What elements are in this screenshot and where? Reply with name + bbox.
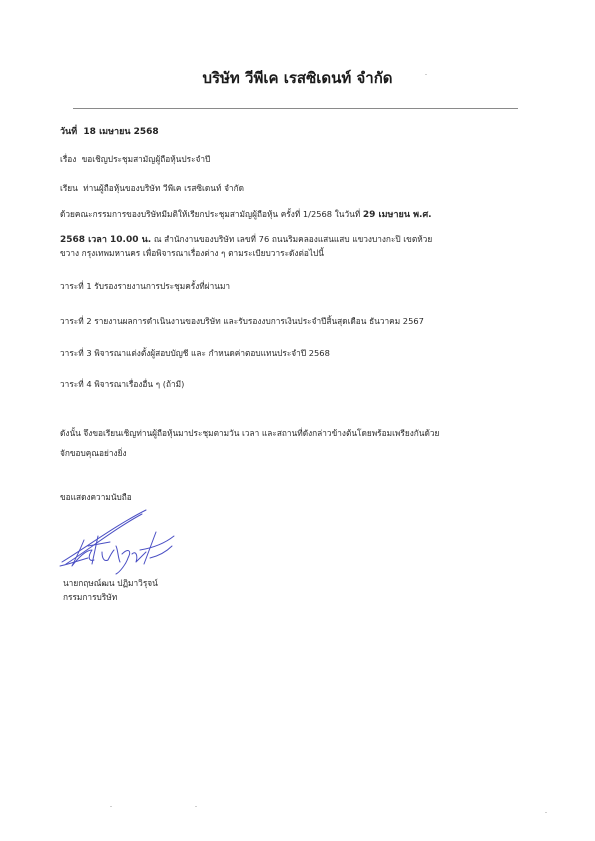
recipient-label: เรียน: [60, 183, 78, 193]
company-title: บริษัท วีพีเค เรสซิเดนท์ จำกัด: [0, 66, 595, 90]
closing-line-2: จักขอบคุณอย่างยิ่ง: [60, 446, 127, 460]
header-divider: [73, 108, 518, 109]
meeting-time-bold: 2568 เวลา 10.00 น.: [60, 235, 151, 245]
recipient-text: ท่านผู้ถือหุ้นของบริษัท วีพีเค เรสซิเดนท…: [83, 183, 244, 193]
agenda-item-1: วาระที่ 1 รับรองรายงานการประชุมครั้งที่ผ…: [60, 279, 230, 293]
intro-line-3: ขวาง กรุงเทพมหานคร เพื่อพิจารณาเรื่องต่า…: [60, 246, 324, 260]
agenda-item-3: วาระที่ 3 พิจารณาแต่งตั้งผู้สอบบัญชี และ…: [60, 346, 330, 360]
subject-line: เรื่อง ขอเชิญประชุมสามัญผู้ถือหุ้นประจำป…: [60, 152, 210, 166]
agenda-item-4: วาระที่ 4 พิจารณาเรื่องอื่น ๆ (ถ้ามี): [60, 377, 184, 391]
meeting-date-bold: 29 เมษายน พ.ศ.: [363, 210, 432, 220]
scan-speck: [425, 74, 427, 75]
scan-speck: [195, 806, 197, 807]
closing-line-1: ดังนั้น จึงขอเรียนเชิญท่านผู้ถือหุ้นมาปร…: [60, 426, 439, 440]
intro-line-1: ด้วยคณะกรรมการของบริษัทมีมติให้เรียกประช…: [60, 207, 432, 221]
date-label: วันที่: [60, 127, 77, 137]
intro-text-2: ณ สำนักงานของบริษัท เลขที่ 76 ถนนริมคลอง…: [151, 234, 432, 244]
signature-image: [58, 506, 188, 576]
intro-text-1: ด้วยคณะกรรมการของบริษัทมีมติให้เรียกประช…: [60, 209, 363, 219]
recipient-line: เรียน ท่านผู้ถือหุ้นของบริษัท วีพีเค เรส…: [60, 181, 244, 195]
signer-title: กรรมการบริษัท: [63, 590, 117, 604]
regards-text: ขอแสดงความนับถือ: [60, 490, 132, 504]
scan-speck: [545, 812, 547, 813]
date-value: 18 เมษายน 2568: [83, 127, 158, 137]
signer-name: นายกฤษณ์ฒน ปฏิมาวิรุจน์: [63, 576, 158, 590]
subject-label: เรื่อง: [60, 154, 76, 164]
intro-line-2: 2568 เวลา 10.00 น. ณ สำนักงานของบริษัท เ…: [60, 232, 432, 246]
subject-text: ขอเชิญประชุมสามัญผู้ถือหุ้นประจำปี: [82, 154, 211, 164]
scan-speck: [110, 806, 112, 807]
agenda-item-2: วาระที่ 2 รายงานผลการดำเนินงานของบริษัท …: [60, 314, 424, 328]
date-line: วันที่ 18 เมษายน 2568: [60, 124, 159, 138]
